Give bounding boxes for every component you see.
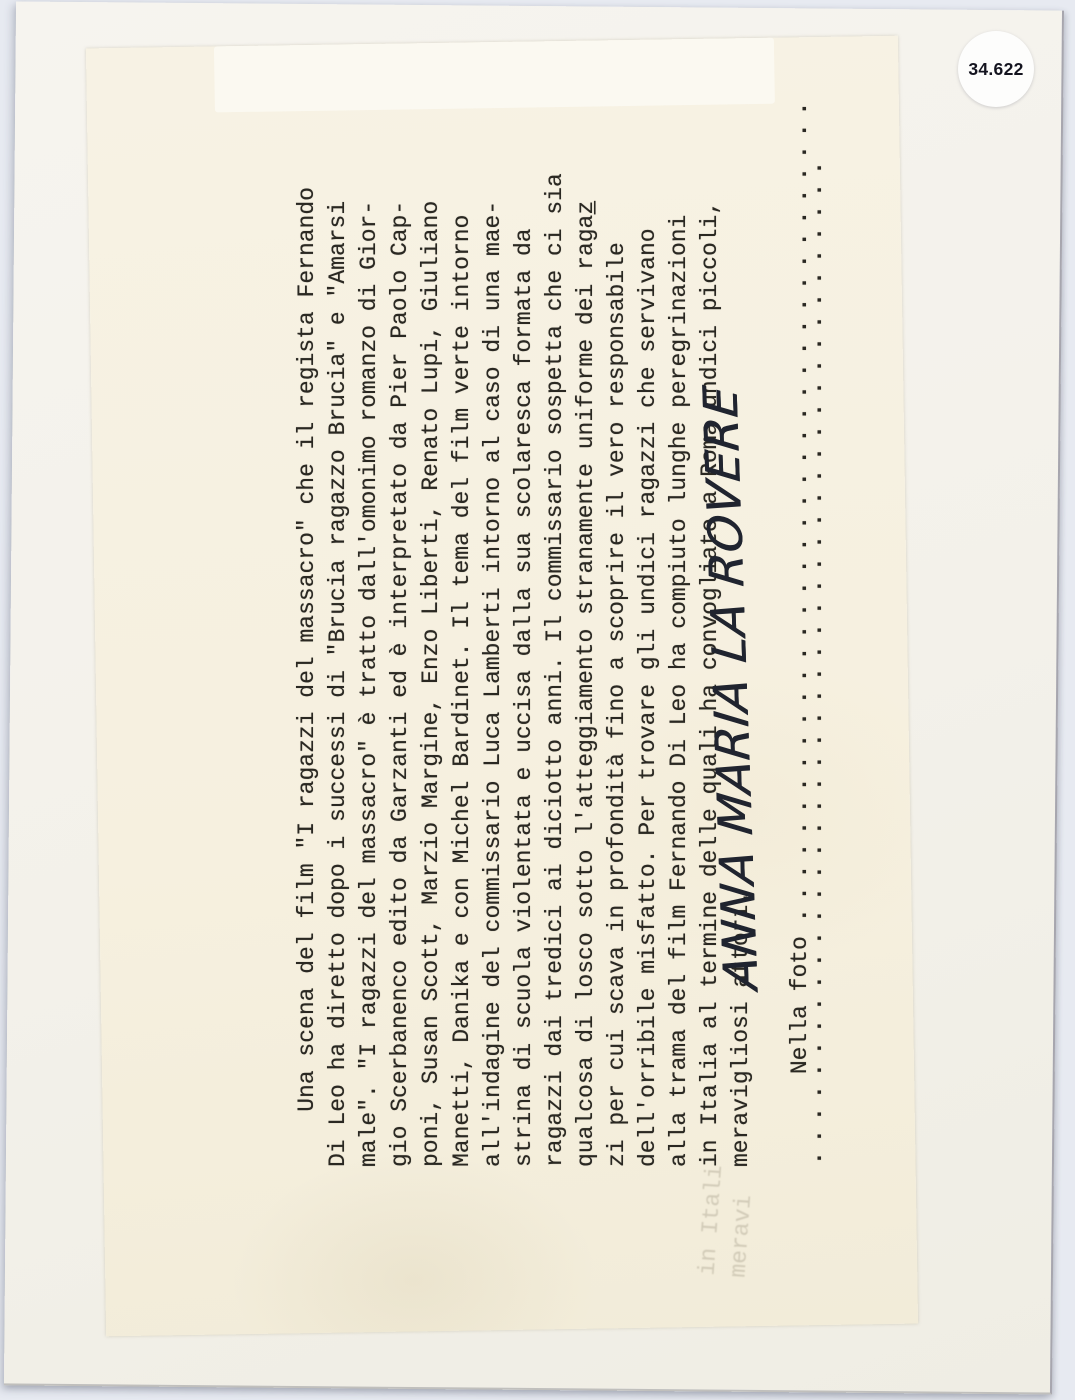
typed-line: dell'orribile misfatto. Per trovare gli … — [633, 152, 664, 1167]
handwritten-name: ANNA MARIA LA ROVERE — [705, 385, 757, 991]
photo-back-scan: in Itali meravi Una scena del film "I ra… — [0, 0, 1075, 1400]
dotted-line: ........................................… — [800, 153, 831, 1165]
typed-line: alla trama del film Fernando Di Leo ha c… — [664, 152, 695, 1167]
typed-line: Una scena del film "I ragazzi del massac… — [292, 152, 323, 1167]
typed-line: gio Scerbanenco edito da Garzanti ed è i… — [385, 152, 416, 1167]
typed-line: strina di scuola violentata e uccisa dal… — [509, 152, 540, 1167]
tape-mark — [214, 38, 775, 113]
typed-line: qualcosa di losco sotto l'atteggiamento … — [571, 152, 602, 1167]
typed-caption-block: Una scena del film "I ragazzi del massac… — [292, 152, 867, 1167]
typed-line: male". "I ragazzi del massacro" è tratto… — [354, 152, 385, 1167]
typed-paragraph: Una scena del film "I ragazzi del massac… — [292, 152, 757, 1167]
typed-line: ragazzi dai tredici ai diciotto anni. Il… — [540, 152, 571, 1167]
typed-line: Manetti, Danika e con Michel Bardinet. I… — [447, 152, 478, 1167]
typed-line: all'indagine del commissario Luca Lamber… — [478, 152, 509, 1167]
typed-line: zi per cui scava in profondità fino a sc… — [602, 152, 633, 1167]
catalog-number: 34.622 — [968, 59, 1023, 80]
typed-line: poni, Susan Scott, Marzio Margine, Enzo … — [416, 152, 447, 1167]
catalog-sticker: 34.622 — [958, 31, 1034, 107]
typed-line: Di Leo ha diretto dopo i successi di "Br… — [323, 152, 354, 1167]
